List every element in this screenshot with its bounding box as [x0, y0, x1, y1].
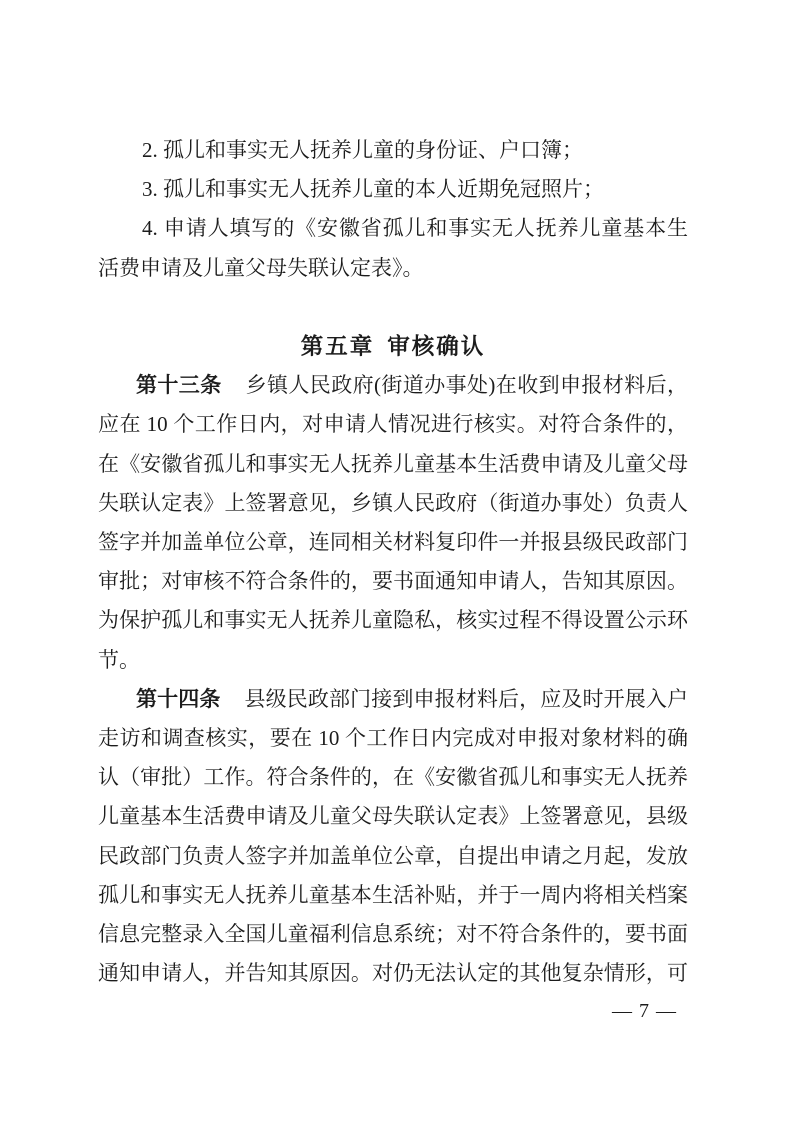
text-line: 节。	[98, 641, 688, 680]
list-item-line: 4. 申请人填写的《安徽省孤儿和事实无人抚养儿童基本生	[98, 209, 688, 248]
text-line: 审批；对审核不符合条件的，要书面通知申请人，告知其原因。	[98, 562, 688, 601]
document-page: 2. 孤儿和事实无人抚养儿童的身份证、户口簿；3. 孤儿和事实无人抚养儿童的本人…	[0, 0, 793, 1121]
text-line: 签字并加盖单位公章，连同相关材料复印件一并报县级民政部门	[98, 523, 688, 562]
article-number: 第十四条	[136, 687, 221, 711]
text-line: 失联认定表》上签署意见，乡镇人民政府（街道办事处）负责人	[98, 484, 688, 523]
text-line: 第十三条乡镇人民政府(街道办事处)在收到申报材料后，	[98, 366, 688, 405]
text-line: 信息完整录入全国儿童福利信息系统；对不符合条件的，要书面	[98, 915, 688, 954]
text-line: 为保护孤儿和事实无人抚养儿童隐私，核实过程不得设置公示环	[98, 601, 688, 640]
text-line: 通知申请人，并告知其原因。对仍无法认定的其他复杂情形，可	[98, 954, 688, 993]
text-line: 孤儿和事实无人抚养儿童基本生活补贴，并于一周内将相关档案	[98, 876, 688, 915]
page-number: — 7 —	[612, 996, 677, 1026]
text-line: 应在 10 个工作日内，对申请人情况进行核实。对符合条件的，	[98, 405, 688, 444]
chapter-heading: 第五章审核确认	[98, 327, 688, 366]
text-line: 在《安徽省孤儿和事实无人抚养儿童基本生活费申请及儿童父母	[98, 445, 688, 484]
chapter-number: 第五章	[301, 334, 375, 359]
text-line: 认（审批）工作。符合条件的，在《安徽省孤儿和事实无人抚养	[98, 758, 688, 797]
text-line: 走访和调查核实，要在 10 个工作日内完成对申报对象材料的确	[98, 719, 688, 758]
text-line: 民政部门负责人签字并加盖单位公章，自提出申请之月起，发放	[98, 837, 688, 876]
text-line: 儿童基本生活费申请及儿童父母失联认定表》上签署意见，县级	[98, 797, 688, 836]
chapter-title: 审核确认	[387, 334, 485, 359]
blank-line	[98, 288, 688, 327]
text-line: 活费申请及儿童父母失联认定表》。	[98, 249, 688, 288]
article-number: 第十三条	[136, 373, 222, 397]
list-item-line: 3. 孤儿和事实无人抚养儿童的本人近期免冠照片；	[98, 170, 688, 209]
document-body: 2. 孤儿和事实无人抚养儿童的身份证、户口簿；3. 孤儿和事实无人抚养儿童的本人…	[98, 131, 688, 993]
text-line: 第十四条县级民政部门接到申报材料后，应及时开展入户	[98, 680, 688, 719]
list-item-line: 2. 孤儿和事实无人抚养儿童的身份证、户口簿；	[98, 131, 688, 170]
